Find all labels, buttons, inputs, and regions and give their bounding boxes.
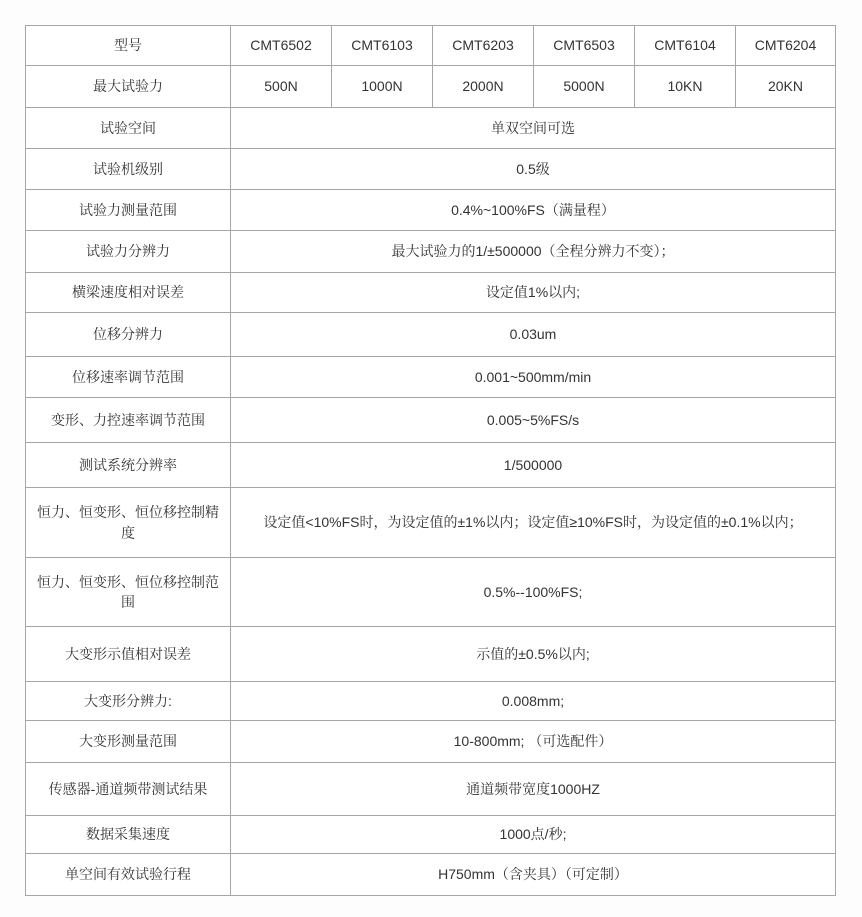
- row-label: 变形、力控速率调节范围: [26, 398, 231, 443]
- row-value: 设定值1%以内;: [231, 273, 836, 313]
- spec-row: 恒力、恒变形、恒位移控制范围 0.5%--100%FS;: [26, 558, 836, 627]
- model-cell: CMT6502: [231, 26, 332, 66]
- row-value: 0.03um: [231, 313, 836, 357]
- spec-row: 试验空间 单双空间可选: [26, 108, 836, 149]
- force-cell: 5000N: [534, 66, 635, 108]
- spec-row: 变形、力控速率调节范围 0.005~5%FS/s: [26, 398, 836, 443]
- model-cell: CMT6203: [433, 26, 534, 66]
- spec-row: 恒力、恒变形、恒位移控制精度 设定值<10%FS时，为设定值的±1%以内；设定值…: [26, 488, 836, 558]
- spec-row: 位移分辨力 0.03um: [26, 313, 836, 357]
- row-value: 0.005~5%FS/s: [231, 398, 836, 443]
- row-value: 设定值<10%FS时，为设定值的±1%以内；设定值≥10%FS时，为设定值的±0…: [231, 488, 836, 558]
- force-cell: 2000N: [433, 66, 534, 108]
- spec-row: 大变形示值相对误差 示值的±0.5%以内;: [26, 627, 836, 682]
- spec-row: 大变形分辨力: 0.008mm;: [26, 682, 836, 721]
- row-value: 10-800mm; （可选配件）: [231, 721, 836, 763]
- force-cell: 20KN: [736, 66, 836, 108]
- spec-row: 单空间有效试验行程 H750mm（含夹具）（可定制）: [26, 854, 836, 896]
- spec-row: 试验力测量范围 0.4%~100%FS（满量程）: [26, 190, 836, 231]
- row-label: 大变形测量范围: [26, 721, 231, 763]
- row-label: 试验力分辨力: [26, 231, 231, 273]
- model-row: 型号 CMT6502 CMT6103 CMT6203 CMT6503 CMT61…: [26, 26, 836, 66]
- model-cell: CMT6103: [332, 26, 433, 66]
- force-cell: 1000N: [332, 66, 433, 108]
- row-value: H750mm（含夹具）（可定制）: [231, 854, 836, 896]
- spec-row: 位移速率调节范围 0.001~500mm/min: [26, 357, 836, 398]
- row-label: 试验力测量范围: [26, 190, 231, 231]
- row-value: 示值的±0.5%以内;: [231, 627, 836, 682]
- row-label: 单空间有效试验行程: [26, 854, 231, 896]
- row-value: 0.5级: [231, 149, 836, 190]
- row-label: 恒力、恒变形、恒位移控制范围: [26, 558, 231, 627]
- row-label: 试验空间: [26, 108, 231, 149]
- spec-row: 横梁速度相对误差 设定值1%以内;: [26, 273, 836, 313]
- force-cell: 500N: [231, 66, 332, 108]
- spec-row: 测试系统分辨率 1/500000: [26, 443, 836, 488]
- model-cell: CMT6503: [534, 26, 635, 66]
- row-label: 大变形分辨力:: [26, 682, 231, 721]
- row-label: 大变形示值相对误差: [26, 627, 231, 682]
- max-force-row: 最大试验力 500N 1000N 2000N 5000N 10KN 20KN: [26, 66, 836, 108]
- force-cell: 10KN: [635, 66, 736, 108]
- row-label: 恒力、恒变形、恒位移控制精度: [26, 488, 231, 558]
- spec-row: 大变形测量范围 10-800mm; （可选配件）: [26, 721, 836, 763]
- row-value: 0.001~500mm/min: [231, 357, 836, 398]
- model-cell: CMT6204: [736, 26, 836, 66]
- row-label: 试验机级别: [26, 149, 231, 190]
- row-value: 通道频带宽度1000HZ: [231, 763, 836, 816]
- row-label-model: 型号: [26, 26, 231, 66]
- spec-row: 试验机级别 0.5级: [26, 149, 836, 190]
- spec-row: 试验力分辨力 最大试验力的1/±500000（全程分辨力不变）；: [26, 231, 836, 273]
- row-value: 0.4%~100%FS（满量程）: [231, 190, 836, 231]
- row-value: 最大试验力的1/±500000（全程分辨力不变）；: [231, 231, 836, 273]
- spec-row: 传感器-通道频带测试结果 通道频带宽度1000HZ: [26, 763, 836, 816]
- model-cell: CMT6104: [635, 26, 736, 66]
- spec-table: 型号 CMT6502 CMT6103 CMT6203 CMT6503 CMT61…: [25, 25, 836, 896]
- row-label: 传感器-通道频带测试结果: [26, 763, 231, 816]
- row-label: 位移速率调节范围: [26, 357, 231, 398]
- row-label: 位移分辨力: [26, 313, 231, 357]
- row-label: 横梁速度相对误差: [26, 273, 231, 313]
- row-label: 测试系统分辨率: [26, 443, 231, 488]
- row-value: 1/500000: [231, 443, 836, 488]
- row-value: 0.008mm;: [231, 682, 836, 721]
- row-value: 1000点/秒;: [231, 816, 836, 854]
- row-label: 数据采集速度: [26, 816, 231, 854]
- row-label-max-force: 最大试验力: [26, 66, 231, 108]
- spec-row: 数据采集速度 1000点/秒;: [26, 816, 836, 854]
- spec-page: 型号 CMT6502 CMT6103 CMT6203 CMT6503 CMT61…: [0, 0, 862, 917]
- row-value: 单双空间可选: [231, 108, 836, 149]
- row-value: 0.5%--100%FS;: [231, 558, 836, 627]
